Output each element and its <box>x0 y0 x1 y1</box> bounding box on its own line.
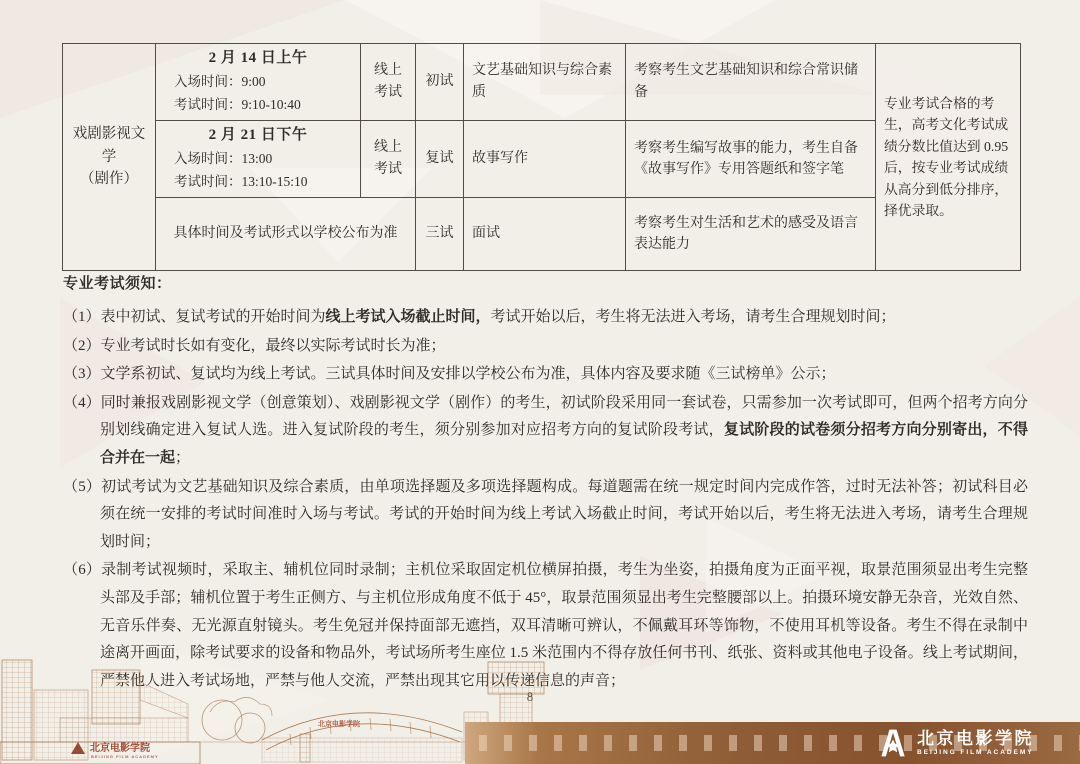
note-text-segment: （6）录制考试视频时，采取主、辅机位同时录制；主机位采取固定机位横屏拍摄，考生为… <box>63 562 1028 688</box>
note-text-segment: 线上考试入场截止时间， <box>326 309 491 325</box>
cell-round3-schedule-note: 具体时间及考试形式以学校公布为准 <box>156 198 416 271</box>
illustration-bfa-logo: 北京电影学院 BEIJING FILM ACADEMY <box>71 741 159 759</box>
page-number: 8 <box>520 690 540 705</box>
exam-date-title: 2 月 14 日上午 <box>164 47 352 70</box>
exam-time: 考试时间：9:10-10:40 <box>164 94 352 117</box>
cell-exam-stage: 复试 <box>416 121 464 198</box>
exam-time: 考试时间：13:10-15:10 <box>164 171 352 194</box>
note-item-1: （1）表中初试、复试考试的开始时间为线上考试入场截止时间，考试开始以后，考生将无… <box>63 304 1028 332</box>
cell-exam-date-round2: 2 月 21 日下午 入场时间：13:00 考试时间：13:10-15:10 <box>156 121 361 198</box>
note-text-segment: （5）初试考试为文艺基础知识及综合素质，由单项选择题及多项选择题构成。每道题需在… <box>63 479 1028 550</box>
cell-exam-subject: 故事写作 <box>464 121 626 198</box>
cell-exam-mode: 线上 考试 <box>361 44 416 121</box>
cell-program-name: 戏剧影视文学 （剧作） <box>63 44 156 271</box>
exam-mode-line2: 考试 <box>369 159 407 181</box>
cell-exam-subject: 面试 <box>464 198 626 271</box>
exam-date-title: 2 月 21 日下午 <box>164 124 352 147</box>
illustration-logo-cn: 北京电影学院 <box>90 741 150 754</box>
note-text-segment: ； <box>175 450 190 466</box>
cell-exam-date-round1: 2 月 14 日上午 入场时间：9:00 考试时间：9:10-10:40 <box>156 44 361 121</box>
cell-exam-stage: 初试 <box>416 44 464 121</box>
program-name-line1: 戏剧影视文学 <box>71 123 147 168</box>
note-text-segment: 考试开始以后，考生将无法进入考场，请考生合理规划时间； <box>491 309 896 325</box>
cell-exam-stage: 三试 <box>416 198 464 271</box>
entry-time: 入场时间：13:00 <box>164 148 352 171</box>
note-item-2: （2）专业考试时长如有变化，最终以实际考试时长为准； <box>63 333 1028 361</box>
cell-exam-description: 考察考生编写故事的能力，考生自备《故事写作》专用答题纸和签字笔 <box>626 121 876 198</box>
cell-exam-mode: 线上 考试 <box>361 121 416 198</box>
bfa-logo-en: BEIJING FILM ACADEMY <box>917 750 1034 757</box>
exam-mode-line1: 线上 <box>369 137 407 159</box>
note-item-4: （4）同时兼报戏剧影视文学（创意策划）、戏剧影视文学（剧作）的考生，初试阶段采用… <box>63 390 1028 473</box>
note-text-segment: （1）表中初试、复试考试的开始时间为 <box>63 309 326 325</box>
illustration-logo-en: BEIJING FILM ACADEMY <box>91 754 159 759</box>
exam-notes-section: 专业考试须知： （1）表中初试、复试考试的开始时间为线上考试入场截止时间，考试开… <box>63 271 1028 696</box>
bfa-logo-text: 北京电影学院 BEIJING FILM ACADEMY <box>917 730 1034 757</box>
document-page: 戏剧影视文学 （剧作） 2 月 14 日上午 入场时间：9:00 考试时间：9:… <box>0 0 1080 764</box>
note-item-6: （6）录制考试视频时，采取主、辅机位同时录制；主机位采取固定机位横屏拍摄，考生为… <box>63 557 1028 695</box>
table-row: 戏剧影视文学 （剧作） 2 月 14 日上午 入场时间：9:00 考试时间：9:… <box>63 44 1021 121</box>
note-item-3: （3）文学系初试、复试均为线上考试。三试具体时间及安排以学校公布为准，具体内容及… <box>63 361 1028 389</box>
program-name-line2: （剧作） <box>71 168 147 190</box>
note-text-segment: （3）文学系初试、复试均为线上考试。三试具体时间及安排以学校公布为准，具体内容及… <box>63 366 836 382</box>
notes-heading: 专业考试须知： <box>63 271 1028 298</box>
exam-schedule-table: 戏剧影视文学 （剧作） 2 月 14 日上午 入场时间：9:00 考试时间：9:… <box>62 43 1021 271</box>
cell-exam-subject: 文艺基础知识与综合素质 <box>464 44 626 121</box>
cell-admission-policy: 专业考试合格的考生，高考文化考试成绩分数比值达到 0.95 后，按专业考试成绩从… <box>876 44 1021 271</box>
bfa-logo-cn: 北京电影学院 <box>917 730 1034 747</box>
cell-exam-description: 考察考生文艺基础知识和综合常识储备 <box>626 44 876 121</box>
note-text-segment: （2）专业考试时长如有变化，最终以实际考试时长为准； <box>63 338 446 354</box>
bridge-sign-label: 北京电影学院 <box>318 719 360 728</box>
bfa-logo-icon <box>876 727 910 759</box>
exam-mode-line2: 考试 <box>369 82 407 104</box>
bfa-logo: 北京电影学院 BEIJING FILM ACADEMY <box>876 727 1034 759</box>
note-item-5: （5）初试考试为文艺基础知识及综合素质，由单项选择题及多项选择题构成。每道题需在… <box>63 474 1028 557</box>
exam-mode-line1: 线上 <box>369 60 407 82</box>
footer-bar: 北京电影学院 BEIJING FILM ACADEMY <box>465 722 1080 764</box>
entry-time: 入场时间：9:00 <box>164 71 352 94</box>
cell-exam-description: 考察考生对生活和艺术的感受及语言表达能力 <box>626 198 876 271</box>
